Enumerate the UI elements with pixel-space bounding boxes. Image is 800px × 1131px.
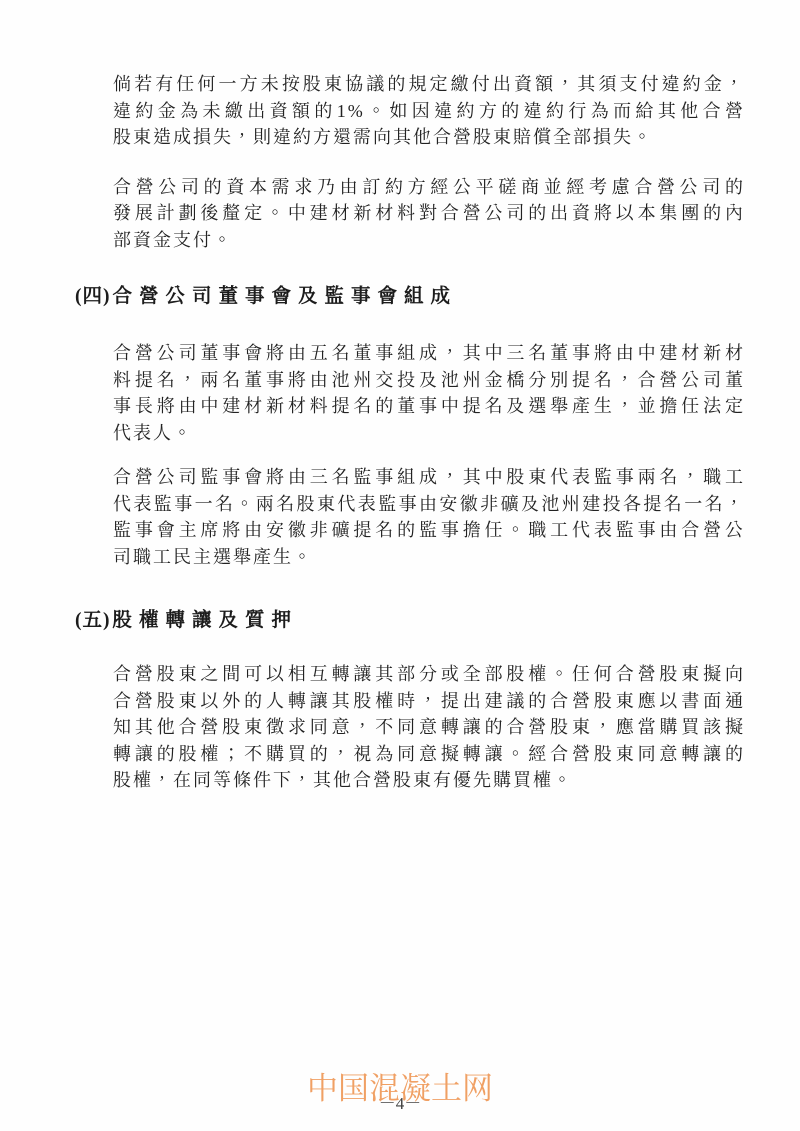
section-number: (四) <box>75 286 111 307</box>
section-title: 合營公司董事會及監事會組成 <box>113 286 458 307</box>
text-line: 事長將由中建材新材料提名的董事中提名及選舉產生，並擔任法定 <box>113 393 745 420</box>
text-line: 合營股東之間可以相互轉讓其部分或全部股權。任何合營股東擬向 <box>113 661 745 688</box>
text-line: 知其他合營股東徵求同意，不同意轉讓的合營股東，應當購買該擬 <box>113 714 745 741</box>
text-line: 司職工民主選舉產生。 <box>113 544 745 571</box>
text-line: 合營股東以外的人轉讓其股權時，提出建議的合營股東應以書面通 <box>113 688 745 715</box>
text-line: 違約金為未繳出資額的1%。如因違約方的違約行為而給其他合營 <box>113 98 745 125</box>
section-number: (五) <box>75 610 111 631</box>
text-line: 部資金支付。 <box>113 227 745 254</box>
paragraph-default-payment: 倘若有任何一方未按股東協議的規定繳付出資額，其須支付違約金， 違約金為未繳出資額… <box>113 71 745 151</box>
document-page: 倘若有任何一方未按股東協議的規定繳付出資額，其須支付違約金， 違約金為未繳出資額… <box>0 0 800 1131</box>
section-title: 股權轉讓及質押 <box>113 610 299 631</box>
paragraph-supervisory-board: 合營公司監事會將由三名監事組成，其中股東代表監事兩名，職工 代表監事一名。兩名股… <box>113 464 745 570</box>
text-line: 合營公司董事會將由五名董事組成，其中三名董事將由中建材新材 <box>113 340 745 367</box>
text-line: 股權，在同等條件下，其他合營股東有優先購買權。 <box>113 767 745 794</box>
text-line: 監事會主席將由安徽非礦提名的監事擔任。職工代表監事由合營公 <box>113 517 745 544</box>
paragraph-capital-needs: 合營公司的資本需求乃由訂約方經公平磋商並經考慮合營公司的 發展計劃後釐定。中建材… <box>113 174 745 254</box>
text-line: 代表人。 <box>113 420 745 447</box>
text-line: 轉讓的股權；不購買的，視為同意擬轉讓。經合營股東同意轉讓的 <box>113 741 745 768</box>
text-line: 發展計劃後釐定。中建材新材料對合營公司的出資將以本集團的內 <box>113 200 745 227</box>
text-line: 股東造成損失，則違約方還需向其他合營股東賠償全部損失。 <box>113 124 745 151</box>
page-number: －4－ <box>0 1094 800 1114</box>
text-line: 合營公司監事會將由三名監事組成，其中股東代表監事兩名，職工 <box>113 464 745 491</box>
paragraph-board-of-directors: 合營公司董事會將由五名董事組成，其中三名董事將由中建材新材 料提名，兩名董事將由… <box>113 340 745 446</box>
section-heading-board-composition: (四)合營公司董事會及監事會組成 <box>75 283 745 310</box>
paragraph-equity-transfer: 合營股東之間可以相互轉讓其部分或全部股權。任何合營股東擬向 合營股東以外的人轉讓… <box>113 661 745 794</box>
text-line: 料提名，兩名董事將由池州交投及池州金橋分別提名，合營公司董 <box>113 367 745 394</box>
section-heading-equity-transfer: (五)股權轉讓及質押 <box>75 607 745 634</box>
text-line: 倘若有任何一方未按股東協議的規定繳付出資額，其須支付違約金， <box>113 71 745 98</box>
text-line: 合營公司的資本需求乃由訂約方經公平磋商並經考慮合營公司的 <box>113 174 745 201</box>
document-body: 倘若有任何一方未按股東協議的規定繳付出資額，其須支付違約金， 違約金為未繳出資額… <box>113 71 745 794</box>
text-line: 代表監事一名。兩名股東代表監事由安徽非礦及池州建投各提名一名， <box>113 491 745 518</box>
